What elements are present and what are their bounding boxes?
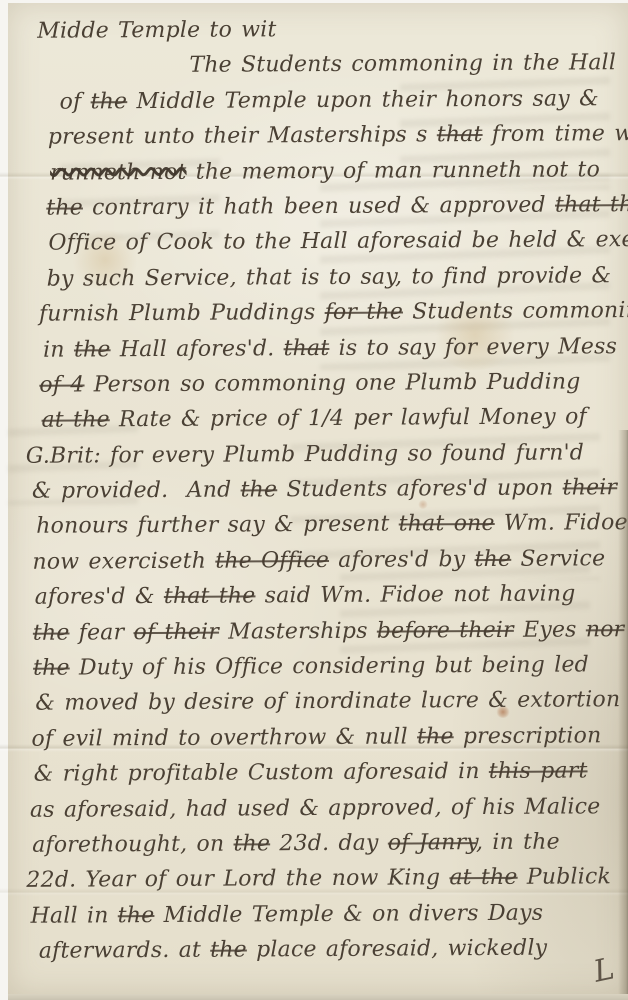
struck-text-segment: runneth not — [50, 159, 187, 185]
text-segment: Masterships — [219, 618, 377, 644]
struck-text-segment: that the — [555, 192, 628, 218]
struck-text-segment: at the — [41, 408, 109, 433]
manuscript-line-23: as aforesaid, had used & approved, of hi… — [26, 789, 622, 828]
text-segment: of evil mind to overthrow & null — [31, 724, 417, 751]
text-segment: , in the — [476, 830, 560, 856]
struck-text-segment: the — [475, 547, 512, 572]
manuscript-line-14: & provided. And the Students afores'd up… — [24, 470, 620, 509]
text-segment: contrary it hath been used & approved — [83, 193, 555, 221]
text-segment: is to say for every Mess — [329, 334, 617, 361]
manuscript-line-4: present unto their Masterships s that fr… — [22, 116, 618, 155]
manuscript-line-16: now exerciseth the Office afores'd by th… — [24, 541, 620, 580]
text-segment: furnish Plumb Puddings — [39, 300, 325, 327]
struck-text-segment: of 4 — [39, 372, 84, 397]
struck-text-segment: the — [33, 620, 70, 645]
text-segment: Office of Cook to the Hall aforesaid be … — [48, 227, 628, 256]
text-segment: prescription — [454, 723, 602, 749]
struck-text-segment: the — [233, 831, 270, 856]
text-segment: the memory of man runneth not to — [186, 157, 600, 185]
manuscript-line-22: & right profitable Custom aforesaid in t… — [26, 753, 622, 792]
manuscript-line-2: The Students commoning in the Hall — [21, 46, 617, 85]
manuscript-line-9: furnish Plumb Puddings for the Students … — [23, 293, 619, 332]
text-segment: afores'd by — [329, 547, 475, 573]
manuscript-line-18: the fear of their Masterships before the… — [25, 612, 621, 651]
text-segment: The Students commoning in the Hall — [189, 51, 616, 79]
struck-text-segment: before their — [377, 617, 514, 643]
manuscript-line-19: the Duty of his Office considering but b… — [25, 647, 621, 686]
text-segment: Midde Temple to wit — [37, 17, 276, 43]
manuscript-line-26: Hall in the Middle Temple & on divers Da… — [26, 895, 622, 934]
text-segment: Middle Temple & on divers Days — [154, 900, 543, 927]
text-segment: Eyes — [514, 617, 586, 642]
manuscript-line-13: G.Brit: for every Plumb Pudding so found… — [24, 435, 620, 474]
text-segment: present unto their Masterships s — [48, 122, 437, 149]
text-segment: now exerciseth — [32, 549, 215, 575]
manuscript-line-11: of 4 Person so commoning one Plumb Puddi… — [23, 364, 619, 403]
text-segment: afores'd & — [35, 584, 164, 610]
text-segment: in — [43, 337, 74, 362]
text-segment: & right profitable Custom aforesaid in — [34, 759, 489, 787]
text-segment: of — [60, 89, 91, 114]
manuscript-line-8: by such Service, that is to say, to find… — [23, 258, 619, 297]
manuscript-line-17: afores'd & that the said Wm. Fidoe not h… — [25, 576, 621, 615]
paper-edge-right — [618, 430, 628, 995]
manuscript-line-3: of the Middle Temple upon their honors s… — [22, 81, 618, 120]
paper-edge-bottom — [8, 994, 628, 1000]
struck-text-segment: the — [46, 195, 83, 220]
manuscript-line-7: Office of Cook to the Hall aforesaid be … — [22, 223, 618, 262]
text-segment: honours further say & present — [36, 512, 399, 539]
text-segment: Middle Temple upon their honors say & — [127, 86, 599, 114]
struck-text-segment: the — [118, 903, 155, 928]
manuscript-line-12: at the Rate & price of 1/4 per lawful Mo… — [23, 399, 619, 438]
text-segment: fear — [69, 620, 133, 645]
manuscript-line-10: in the Hall afores'd. that is to say for… — [23, 329, 619, 368]
text-segment: place aforesaid, wickedly — [247, 936, 548, 963]
manuscript-line-21: of evil mind to overthrow & null the pre… — [25, 718, 621, 757]
manuscript-line-6: the contrary it hath been used & approve… — [22, 187, 618, 226]
struck-text-segment: the — [91, 89, 128, 114]
text-segment: Rate & price of 1/4 per lawful Money of — [110, 405, 587, 433]
struck-text-segment: that one — [399, 511, 495, 537]
manuscript-line-15: honours further say & present that one W… — [24, 506, 620, 545]
struck-text-segment: their — [563, 475, 618, 500]
text-segment: 23d. day — [270, 831, 388, 857]
manuscript-line-24: aforethought, on the 23d. day of Janry, … — [26, 824, 622, 863]
struck-text-segment: that — [437, 122, 483, 147]
struck-text-segment: the — [241, 477, 278, 502]
text-segment: Publick — [518, 865, 612, 891]
text-segment: aforethought, on — [32, 832, 234, 858]
text-segment: said Wm. Fidoe not having — [255, 582, 575, 609]
struck-text-segment: the — [33, 656, 70, 681]
text-segment: & provided. And — [32, 478, 241, 504]
struck-text-segment: that — [284, 335, 330, 360]
text-segment: G.Brit: for every Plumb Pudding so found… — [26, 440, 584, 468]
manuscript-line-25: 22d. Year of our Lord the now King at th… — [26, 860, 622, 899]
text-segment: from time whereof — [483, 121, 628, 147]
text-segment: as aforesaid, had used & approved, of hi… — [30, 794, 601, 822]
text-segment: Service — [511, 546, 605, 572]
struck-text-segment: the — [417, 724, 454, 749]
struck-text-segment: the — [210, 938, 247, 963]
text-segment: Duty of his Office considering but being… — [70, 652, 589, 680]
struck-text-segment: the — [74, 337, 111, 362]
struck-text-segment: of their — [133, 619, 219, 645]
text-segment: afterwards. at — [39, 938, 211, 964]
text-segment: by such Service, that is to say, to find… — [47, 263, 612, 291]
manuscript-line-27: afterwards. at the place aforesaid, wick… — [27, 930, 623, 969]
text-segment: Wm. Fidoe — [495, 511, 628, 537]
struck-text-segment: this part — [489, 759, 588, 785]
struck-text-segment: for the — [325, 300, 403, 325]
manuscript-text: Midde Temple to witThe Students commonin… — [21, 10, 623, 969]
manuscript-line-20: & moved by desire of inordinate lucre & … — [25, 683, 621, 722]
struck-text-segment: that the — [164, 584, 256, 610]
struck-text-segment: at the — [449, 865, 517, 890]
struck-text-segment: the Office — [215, 548, 329, 574]
text-segment: Students commoning — [403, 298, 628, 325]
text-segment: & moved by desire of inordinate lucre & … — [35, 688, 620, 717]
text-segment: Hall afores'd. — [111, 336, 284, 362]
struck-text-segment: of Janry — [388, 830, 476, 856]
text-segment: Hall in — [31, 903, 118, 929]
text-segment: Person so commoning one Plumb Pudding — [84, 369, 580, 397]
manuscript-scan: Midde Temple to witThe Students commonin… — [0, 0, 628, 1000]
manuscript-line-1: Midde Temple to wit — [21, 10, 617, 49]
manuscript-line-5: runneth not the memory of man runneth no… — [22, 152, 618, 191]
text-segment: Students afores'd upon — [277, 476, 563, 503]
text-segment: 22d. Year of our Lord the now King — [26, 866, 449, 894]
